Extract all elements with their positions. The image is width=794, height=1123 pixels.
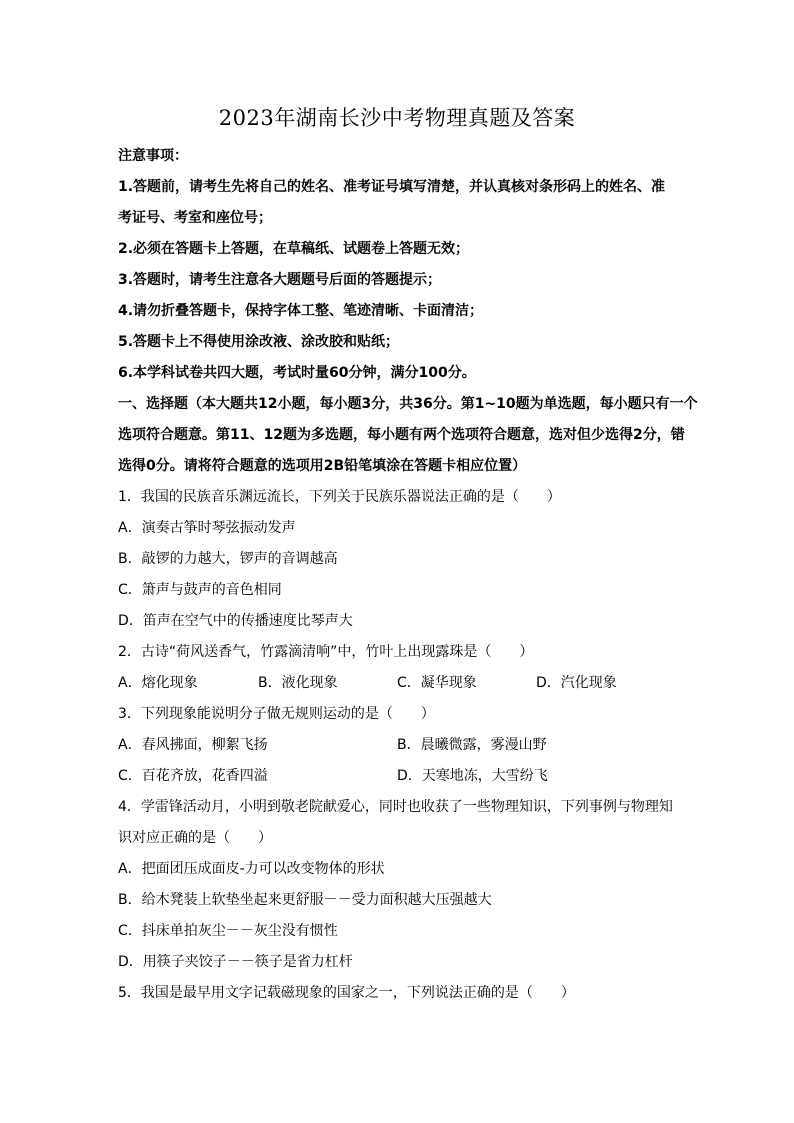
question-3-option-c: C．百花齐放，花香四溢 — [118, 766, 268, 786]
question-2-stem: 2．古诗“荷风送香气，竹露滴清响”中，竹叶上出现露珠是（ ） — [118, 642, 533, 662]
notice-item: 5.答题卡上不得使用涂改液、涂改胶和贴纸； — [118, 332, 399, 352]
question-2-option-c: C．凝华现象 — [397, 673, 477, 693]
question-4-option-a: A．把面团压成面皮-力可以改变物体的形状 — [118, 859, 385, 879]
section-heading: 一、选择题（本大题共12小题，每小题3分，共36分。第1~10题为单选题，每小题… — [118, 394, 698, 414]
question-1-option-a: A．演奏古筝时琴弦振动发声 — [118, 518, 296, 538]
notice-item: 2.必须在答题卡上答题，在草稿纸、试题卷上答题无效； — [118, 239, 469, 259]
question-2-option-d: D．汽化现象 — [536, 673, 617, 693]
question-5-stem: 5．我国是最早用文字记载磁现象的国家之一，下列说法正确的是（ ） — [118, 983, 575, 1003]
section-instruction: 选项符合题意。第11、12题为多选题，每小题有两个选项符合题意，选对但少选得2分… — [118, 425, 685, 445]
question-4-stem: 4．学雷锋活动月，小明到敬老院献爱心，同时也收获了一些物理知识，下列事例与物理知 — [118, 797, 673, 817]
question-2-option-a: A．熔化现象 — [118, 673, 198, 693]
question-3-option-d: D．天寒地冻，大雪纷飞 — [397, 766, 548, 786]
notice-item: 考证号、考室和座位号； — [118, 208, 272, 228]
question-1-option-d: D．笛声在空气中的传播速度比琴声大 — [118, 611, 353, 631]
question-1-option-b: B．敲锣的力越大，锣声的音调越高 — [118, 549, 338, 569]
notice-heading: 注意事项： — [118, 146, 188, 166]
notice-item: 4.请勿折叠答题卡，保持字体工整、笔迹清晰、卡面清洁； — [118, 301, 483, 321]
question-3-option-b: B．晨曦微露，雾漫山野 — [397, 735, 547, 755]
question-1-option-c: C．箫声与鼓声的音色相同 — [118, 580, 282, 600]
notice-item: 1.答题前，请考生先将自己的姓名、准考证号填写清楚，并认真核对条形码上的姓名、准 — [118, 177, 665, 197]
notice-item: 6.本学科试卷共四大题，考试时量60分钟，满分100分。 — [118, 363, 476, 383]
document-title: 2023年湖南长沙中考物理真题及答案 — [0, 104, 794, 132]
document-page: 2023年湖南长沙中考物理真题及答案 注意事项： 1.答题前，请考生先将自己的姓… — [0, 0, 794, 1123]
question-3-option-a: A．春风拂面，柳絮飞扬 — [118, 735, 268, 755]
notice-item: 3.答题时，请考生注意各大题题号后面的答题提示； — [118, 270, 441, 290]
question-1-stem: 1．我国的民族音乐渊远流长，下列关于民族乐器说法正确的是（ ） — [118, 487, 561, 507]
question-2-option-b: B．液化现象 — [258, 673, 338, 693]
question-4-option-b: B．给木凳装上软垫坐起来更舒服－－受力面积越大压强越大 — [118, 890, 492, 910]
question-4-option-c: C．抖床单拍灰尘－－灰尘没有惯性 — [118, 921, 338, 941]
question-4-option-d: D．用筷子夹饺子－－筷子是省力杠杆 — [118, 952, 353, 972]
section-instruction: 选得0分。请将符合题意的选项用2B铅笔填涂在答题卡相应位置） — [118, 456, 526, 476]
question-3-stem: 3．下列现象能说明分子做无规则运动的是（ ） — [118, 704, 435, 724]
question-4-stem-continued: 识对应正确的是（ ） — [118, 828, 272, 848]
